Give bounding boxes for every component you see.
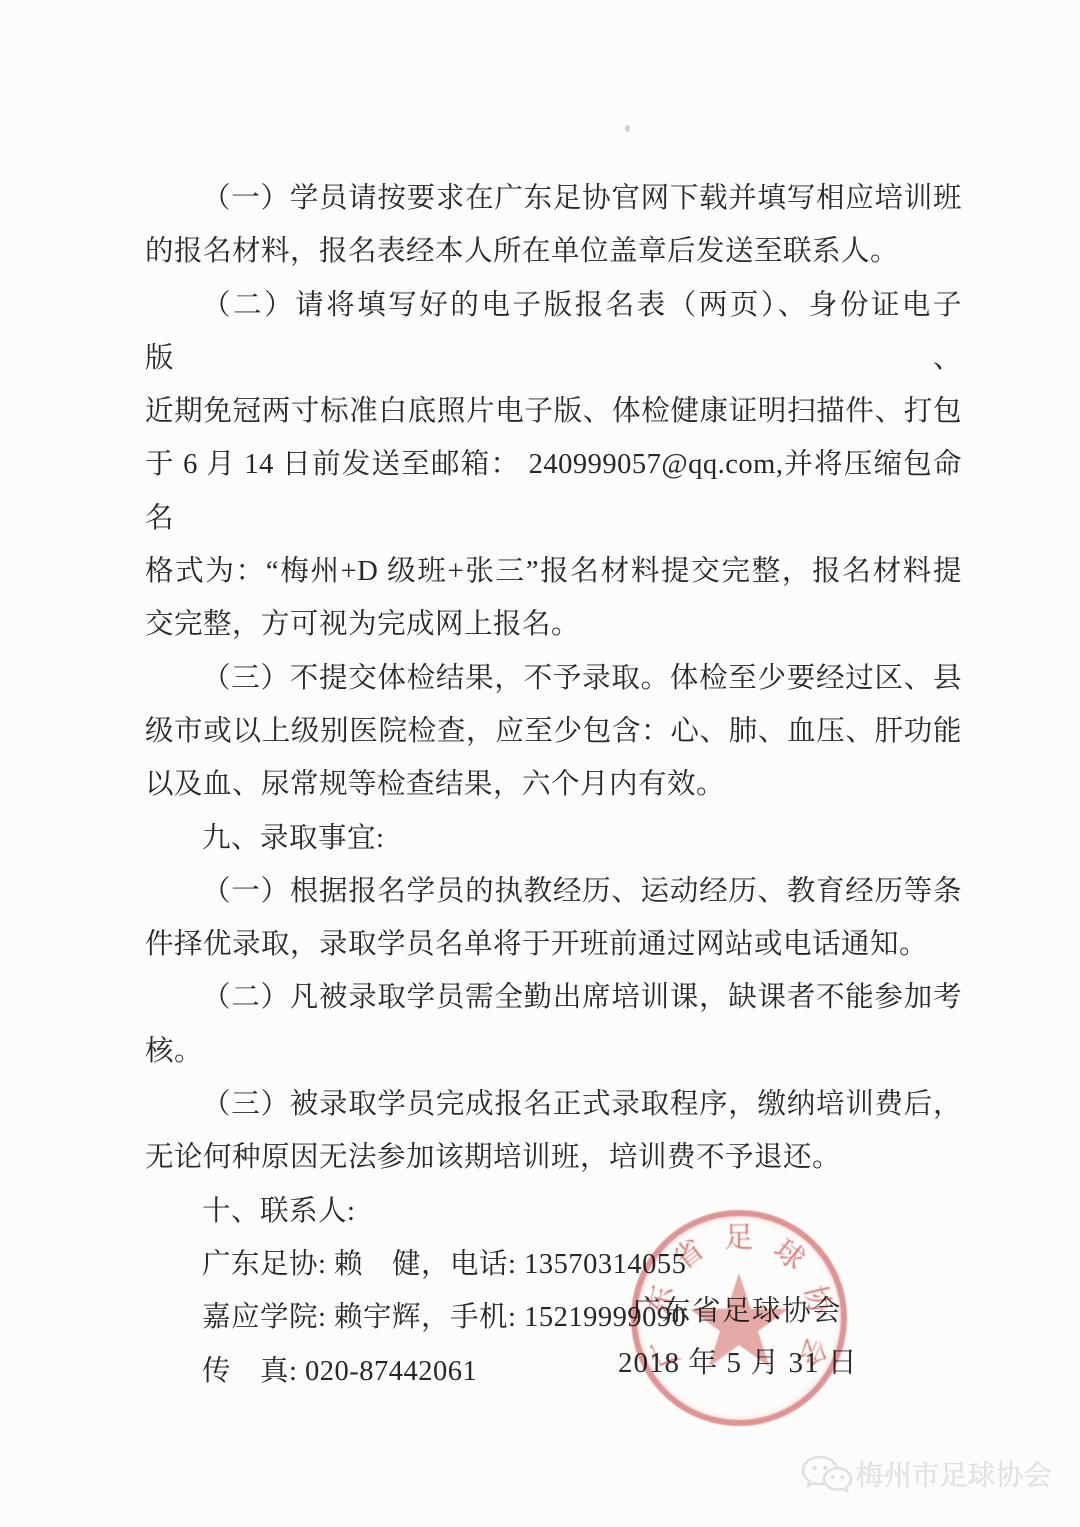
paragraph-line: 的报名材料，报名表经本人所在单位盖章后发送至联系人。 [145,225,962,278]
signature-organization: 广东省足球协会 [632,1288,842,1329]
paragraph-line: （三）被录取学员完成报名正式录取程序，缴纳培训费后， [145,1078,962,1131]
paragraph-line: 交完整，方可视为完成网上报名。 [145,598,962,651]
document-body: （一）学员请按要求在广东足协官网下载并填写相应培训班 的报名材料，报名表经本人所… [145,172,962,1398]
paragraph-line: 于 6 月 14 日前发送至邮箱： 240999057@qq.com,并将压缩包… [145,438,962,545]
section-heading: 九、录取事宜: [145,812,962,865]
wechat-icon [798,1450,856,1498]
paragraph-line: （一）根据报名学员的执教经历、运动经历、教育经历等条 [145,865,962,918]
paragraph-line: （二）请将填写好的电子版报名表（两页）、身份证电子版、 [145,279,962,386]
paragraph-line: 近期免冠两寸标准白底照片电子版、体检健康证明扫描件、打包 [145,385,962,438]
signature-date: 2018 年 5 月 31 日 [618,1340,858,1381]
scanned-notice-page: （一）学员请按要求在广东足协官网下载并填写相应培训班 的报名材料，报名表经本人所… [0,0,1080,1527]
paragraph-line: （三）不提交体检结果，不予录取。体检至少要经过区、县 [145,652,962,705]
watermark-label: 梅州市足球协会 [856,1454,1052,1494]
paragraph-line: （一）学员请按要求在广东足协官网下载并填写相应培训班 [145,172,962,225]
paragraph-line: 核。 [145,1025,962,1078]
scan-artifact-dot [625,125,630,132]
paragraph-line: （二）凡被录取学员需全勤出席培训课，缺课者不能参加考 [145,971,962,1024]
paragraph-line: 格式为：“梅州+D 级班+张三”报名材料提交完整，报名材料提 [145,545,962,598]
paragraph-line: 件择优录取，录取学员名单将于开班前通过网站或电话通知。 [145,918,962,971]
section-heading: 十、联系人: [145,1185,962,1238]
contact-line-gdfa: 广东足协: 赖 健，电话: 13570314055 [145,1238,962,1291]
paragraph-line: 以及血、尿常规等检查结果，六个月内有效。 [145,758,962,811]
watermark: 梅州市足球协会 [798,1450,1052,1498]
paragraph-line: 无论何种原因无法参加该期培训班，培训费不予退还。 [145,1131,962,1184]
paragraph-line: 级市或以上级别医院检查，应至少包含：心、肺、血压、肝功能 [145,705,962,758]
